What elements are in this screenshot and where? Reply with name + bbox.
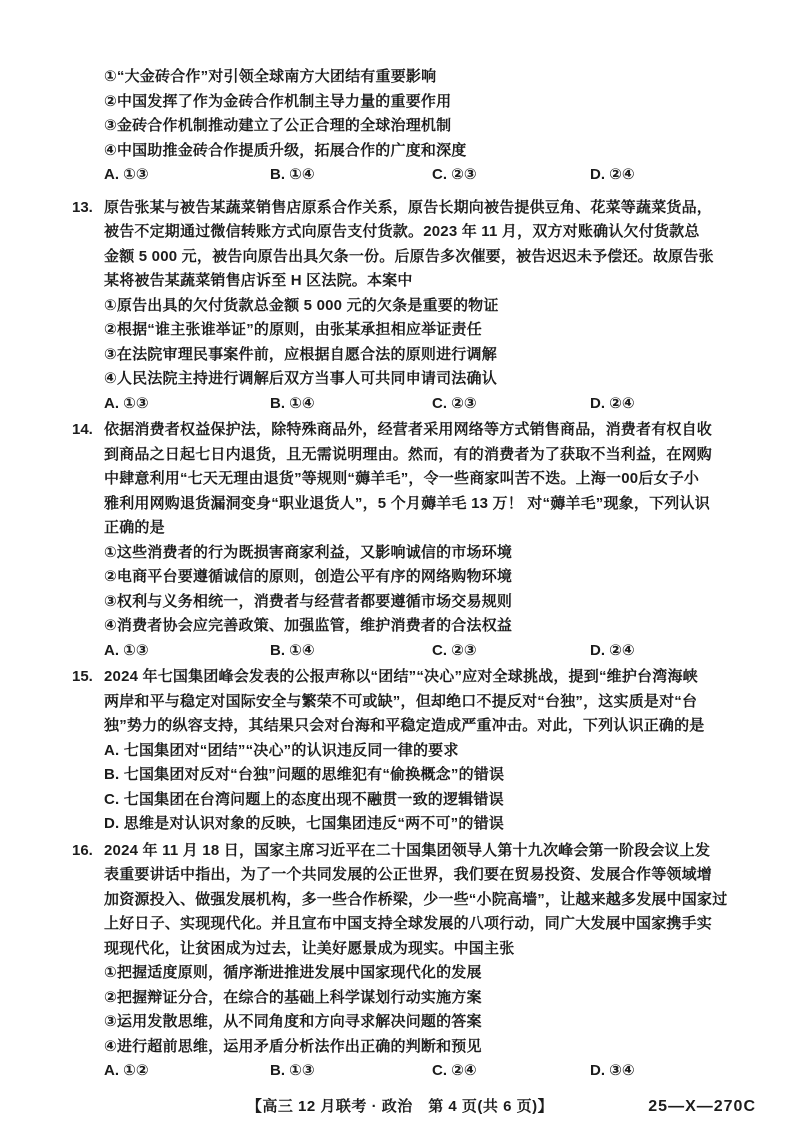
choice-b: B. ①④	[270, 163, 315, 188]
choice-b: B. ①④	[270, 639, 315, 664]
choice-d: D. ②④	[590, 639, 635, 664]
choice-c: C. ②③	[432, 392, 477, 417]
option-item-3: ③金砖合作机制推动建立了公正合理的全球治理机制	[104, 114, 760, 139]
stem-line: 独”势力的纵容支持，其结果只会对台海和平稳定造成严重冲击。对此，下列认识正确的是	[104, 714, 760, 739]
stem-line: 中肆意利用“七天无理由退货”等规则“薅羊毛”，令一些商家叫苦不迭。上海一00后女…	[104, 467, 760, 492]
stem-line: 两岸和平与稳定对国际安全与繁荣不可或缺”，但却绝口不提反对“台独”，这实质是对“…	[104, 690, 760, 715]
choice-d: D. ②④	[590, 392, 635, 417]
question-14-block: 14. 依据消费者权益保护法，除特殊商品外，经营者采用网络等方式销售商品，消费者…	[104, 418, 760, 663]
stem-line: 现现代化，让贫困成为过去，让美好愿景成为现实。中国主张	[104, 937, 760, 962]
question-16-block: 16. 2024 年 11 月 18 日，国家主席习近平在二十国集团领导人第十九…	[104, 839, 760, 1084]
option-item-3: ③在法院审理民事案件前，应根据自愿合法的原则进行调解	[104, 343, 760, 368]
stem-line: 原告张某与被告某蔬菜销售店原系合作关系，原告长期向被告提供豆角、花菜等蔬菜货品，	[104, 196, 760, 221]
choice-row: A. ①③ B. ①④ C. ②③ D. ②④	[104, 392, 760, 417]
option-b: B. 七国集团对反对“台独”问题的思维犯有“偷换概念”的错误	[104, 763, 760, 788]
option-item-2: ②根据“谁主张谁举证”的原则，由张某承担相应举证责任	[104, 318, 760, 343]
choice-a: A. ①②	[104, 1059, 149, 1084]
option-item-2: ②中国发挥了作为金砖合作机制主导力量的重要作用	[104, 90, 760, 115]
stem-line: 2024 年七国集团峰会发表的公报声称以“团结”“决心”应对全球挑战，提到“维护…	[104, 665, 760, 690]
option-c: C. 七国集团在台湾问题上的态度出现不融贯一致的逻辑错误	[104, 788, 760, 813]
stem-line: 金额 5 000 元，被告向原告出具欠条一份。后原告多次催要，被告迟迟未予偿还。…	[104, 245, 760, 270]
option-item-4: ④进行超前思维，运用矛盾分析法作出正确的判断和预见	[104, 1035, 760, 1060]
stem-line: 雅利用网购退货漏洞变身“职业退货人”，5 个月薅羊毛 13 万！ 对“薅羊毛”现…	[104, 492, 760, 517]
choice-d: D. ③④	[590, 1059, 635, 1084]
stem-line: 上好日子、实现现代化。并且宣布中国支持全球发展的八项行动，同广大发展中国家携手实	[104, 912, 760, 937]
exam-paper-page: ①“大金砖合作”对引领全球南方大团结有重要影响 ②中国发挥了作为金砖合作机制主导…	[0, 0, 800, 1131]
choice-a: A. ①③	[104, 163, 149, 188]
choice-row: A. ①② B. ①③ C. ②④ D. ③④	[104, 1059, 760, 1084]
stem-line: 加资源投入、做强发展机构，多一些合作桥梁，少一些“小院高墙”，让越来越多发展中国…	[104, 888, 760, 913]
question-13-block: 13. 原告张某与被告某蔬菜销售店原系合作关系，原告长期向被告提供豆角、花菜等蔬…	[104, 196, 760, 417]
choice-c: C. ②③	[432, 163, 477, 188]
choice-d: D. ②④	[590, 163, 635, 188]
choice-a: A. ①③	[104, 392, 149, 417]
option-item-3: ③权利与义务相统一，消费者与经营者都要遵循市场交易规则	[104, 590, 760, 615]
choice-row: A. ①③ B. ①④ C. ②③ D. ②④	[104, 163, 760, 188]
question-number: 15.	[72, 665, 104, 690]
footer-paper-code: 25—X—270C	[648, 1095, 756, 1119]
page-content: ①“大金砖合作”对引领全球南方大团结有重要影响 ②中国发挥了作为金砖合作机制主导…	[104, 65, 760, 1084]
option-a: A. 七国集团对“团结”“决心”的认识违反同一律的要求	[104, 739, 760, 764]
choice-b: B. ①④	[270, 392, 315, 417]
question-12-options-block: ①“大金砖合作”对引领全球南方大团结有重要影响 ②中国发挥了作为金砖合作机制主导…	[104, 65, 760, 188]
question-number: 16.	[72, 839, 104, 864]
stem-line: 表重要讲话中指出，为了一个共同发展的公正世界，我们要在贸易投资、发展合作等领域增	[104, 863, 760, 888]
option-item-1: ①“大金砖合作”对引领全球南方大团结有重要影响	[104, 65, 760, 90]
option-item-3: ③运用发散思维，从不同角度和方向寻求解决问题的答案	[104, 1010, 760, 1035]
choice-a: A. ①③	[104, 639, 149, 664]
option-item-1: ①原告出具的欠付货款总金额 5 000 元的欠条是重要的物证	[104, 294, 760, 319]
question-15-block: 15. 2024 年七国集团峰会发表的公报声称以“团结”“决心”应对全球挑战，提…	[104, 665, 760, 837]
stem-line: 2024 年 11 月 18 日，国家主席习近平在二十国集团领导人第十九次峰会第…	[104, 839, 760, 864]
option-item-2: ②把握辩证分合，在综合的基础上科学谋划行动实施方案	[104, 986, 760, 1011]
stem-line: 到商品之日起七日内退货，且无需说明理由。然而，有的消费者为了获取不当利益，在网购	[104, 443, 760, 468]
question-number: 13.	[72, 196, 104, 221]
page-footer: 【高三 12 月联考 · 政治 第 4 页(共 6 页)】 25—X—270C	[0, 1095, 800, 1119]
option-item-2: ②电商平台要遵循诚信的原则，创造公平有序的网络购物环境	[104, 565, 760, 590]
choice-c: C. ②③	[432, 639, 477, 664]
option-d: D. 思维是对认识对象的反映，七国集团违反“两不可”的错误	[104, 812, 760, 837]
option-item-4: ④中国助推金砖合作提质升级，拓展合作的广度和深度	[104, 139, 760, 164]
stem-line: 依据消费者权益保护法，除特殊商品外，经营者采用网络等方式销售商品，消费者有权自收	[104, 418, 760, 443]
stem-line: 被告不定期通过微信转账方式向原告支付货款。2023 年 11 月，双方对账确认欠…	[104, 220, 760, 245]
option-item-1: ①这些消费者的行为既损害商家利益，又影响诚信的市场环境	[104, 541, 760, 566]
stem-line: 正确的是	[104, 516, 760, 541]
question-number: 14.	[72, 418, 104, 443]
choice-c: C. ②④	[432, 1059, 477, 1084]
option-item-4: ④消费者协会应完善政策、加强监管，维护消费者的合法权益	[104, 614, 760, 639]
option-item-1: ①把握适度原则，循序渐进推进发展中国家现代化的发展	[104, 961, 760, 986]
stem-line: 某将被告某蔬菜销售店诉至 H 区法院。本案中	[104, 269, 760, 294]
option-item-4: ④人民法院主持进行调解后双方当事人可共同申请司法确认	[104, 367, 760, 392]
choice-b: B. ①③	[270, 1059, 315, 1084]
choice-row: A. ①③ B. ①④ C. ②③ D. ②④	[104, 639, 760, 664]
